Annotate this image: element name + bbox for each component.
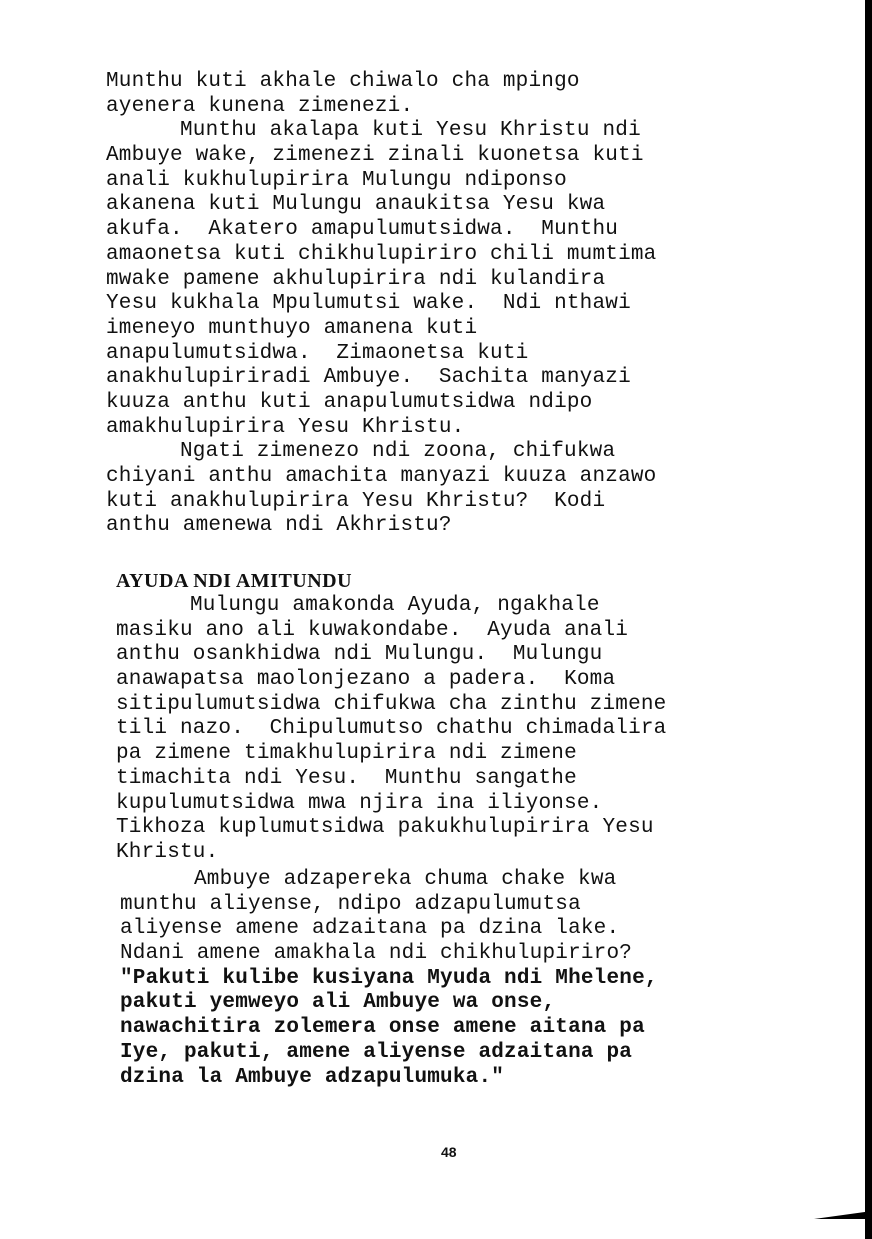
text-line: anapulumutsidwa. Zimaonetsa kuti <box>106 342 657 367</box>
text-line: Munthu kuti akhale chiwalo cha mpingo <box>106 70 657 95</box>
text-line: amaonetsa kuti chikhulupiriro chili mumt… <box>106 243 657 268</box>
paragraph-block-ayuda: Mulungu amakonda Ayuda, ngakhalemasiku a… <box>116 594 667 866</box>
paragraph-block-scripture: Ambuye adzapereka chuma chake kwamunthu … <box>120 868 658 1090</box>
text-line: kuuza anthu kuti anapulumutsidwa ndipo <box>106 391 657 416</box>
text-line: Yesu kukhala Mpulumutsi wake. Ndi nthawi <box>106 292 657 317</box>
scan-page-edge <box>865 0 872 1239</box>
text-line: amakhulupirira Yesu Khristu. <box>106 416 657 441</box>
text-line: tili nazo. Chipulumutso chathu chimadali… <box>116 717 667 742</box>
text-line: anakhulupiriradi Ambuye. Sachita manyazi <box>106 366 657 391</box>
text-line: anthu amenewa ndi Akhristu? <box>106 514 657 539</box>
text-line: munthu aliyense, ndipo adzapulumutsa <box>120 893 658 918</box>
text-line: Ndani amene amakhala ndi chikhulupiriro? <box>120 942 658 967</box>
text-line: Iye, pakuti, amene aliyense adzaitana pa <box>120 1041 658 1066</box>
text-line: akufa. Akatero amapulumutsidwa. Munthu <box>106 218 657 243</box>
text-line: mwake pamene akhulupirira ndi kulandira <box>106 268 657 293</box>
text-line: anali kukhulupirira Mulungu ndiponso <box>106 169 657 194</box>
text-line: pa zimene timakhulupirira ndi zimene <box>116 742 667 767</box>
text-line: aliyense amene adzaitana pa dzina lake. <box>120 917 658 942</box>
text-line: anawapatsa maolonjezano a padera. Koma <box>116 668 667 693</box>
text-line: Khristu. <box>116 841 667 866</box>
text-line: masiku ano ali kuwakondabe. Ayuda anali <box>116 619 667 644</box>
text-line: timachita ndi Yesu. Munthu sangathe <box>116 767 667 792</box>
text-line: Munthu akalapa kuti Yesu Khristu ndi <box>106 119 657 144</box>
text-line: Tikhoza kuplumutsidwa pakukhulupirira Ye… <box>116 816 667 841</box>
scan-corner-mark <box>814 1211 872 1219</box>
text-line: ayenera kunena zimenezi. <box>106 95 657 120</box>
text-line: dzina la Ambuye adzapulumuka." <box>120 1066 658 1091</box>
text-line: akanena kuti Mulungu anaukitsa Yesu kwa <box>106 193 657 218</box>
text-line: imeneyo munthuyo amanena kuti <box>106 317 657 342</box>
text-line: Mulungu amakonda Ayuda, ngakhale <box>116 594 667 619</box>
page-number: 48 <box>441 1144 457 1160</box>
text-line: pakuti yemweyo ali Ambuye wa onse, <box>120 991 658 1016</box>
text-line: nawachitira zolemera onse amene aitana p… <box>120 1016 658 1041</box>
text-line: Ngati zimenezo ndi zoona, chifukwa <box>106 440 657 465</box>
text-line: kupulumutsidwa mwa njira ina iliyonse. <box>116 792 667 817</box>
text-line: anthu osankhidwa ndi Mulungu. Mulungu <box>116 643 667 668</box>
section-heading: AYUDA NDI AMITUNDU <box>116 570 352 593</box>
paragraph-block-intro: Munthu kuti akhale chiwalo cha mpingoaye… <box>106 70 657 539</box>
text-line: kuti anakhulupirira Yesu Khristu? Kodi <box>106 490 657 515</box>
text-line: sitipulumutsidwa chifukwa cha zinthu zim… <box>116 693 667 718</box>
text-line: chiyani anthu amachita manyazi kuuza anz… <box>106 465 657 490</box>
text-line: Ambuye adzapereka chuma chake kwa <box>120 868 658 893</box>
text-line: "Pakuti kulibe kusiyana Myuda ndi Mhelen… <box>120 967 658 992</box>
text-line: Ambuye wake, zimenezi zinali kuonetsa ku… <box>106 144 657 169</box>
